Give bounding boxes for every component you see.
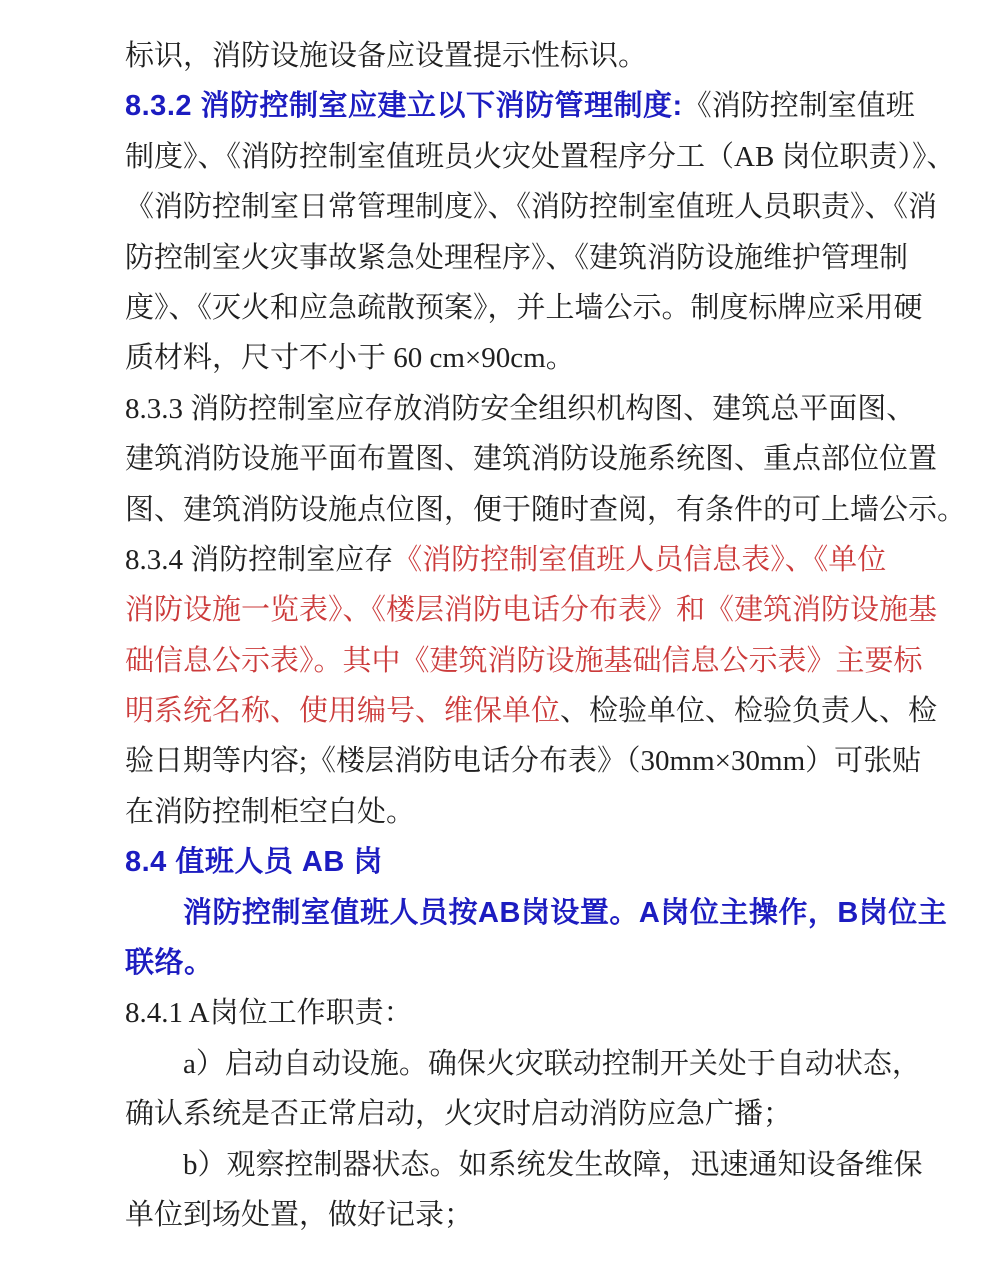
body-line: 标识，消防设施设备应设置提示性标识。 bbox=[125, 31, 884, 81]
body-line: 单位到场处置，做好记录； bbox=[125, 1190, 884, 1240]
document-body: 标识，消防设施设备应设置提示性标识。8.3.2 消防控制室应建立以下消防管理制度… bbox=[0, 0, 1000, 1240]
document-page: 标识，消防设施设备应设置提示性标识。8.3.2 消防控制室应建立以下消防管理制度… bbox=[0, 0, 1000, 1272]
body-text: 8.4.1 A岗位工作职责： bbox=[125, 997, 413, 1029]
body-line: 图、建筑消防设施点位图，便于随时查阅，有条件的可上墙公示。 bbox=[125, 485, 884, 535]
section-8-3-2-heading-line: 8.3.2 消防控制室应建立以下消防管理制度:《消防控制室值班 bbox=[125, 81, 884, 131]
body-text: 单位到场处置，做好记录； bbox=[125, 1199, 473, 1231]
heading-text: 消防控制室值班人员按AB岗设置。A岗位主操作，B岗位主 bbox=[183, 897, 947, 929]
body-line: 消防设施一览表》、《楼层消防电话分布表》和《建筑消防设施基 bbox=[125, 585, 884, 635]
highlighted-text: 《消防控制室值班人员信息表》、《单位 bbox=[393, 544, 886, 576]
heading-text: 8.4 值班人员 AB 岗 bbox=[125, 846, 383, 878]
body-line: 《消防控制室日常管理制度》、《消防控制室值班人员职责》、《消 bbox=[125, 182, 884, 232]
body-text: 验日期等内容;《楼层消防电话分布表》（30mm×30mm）可张贴 bbox=[125, 745, 921, 777]
section-8-4-body-line: 消防控制室值班人员按AB岗设置。A岗位主操作，B岗位主 bbox=[125, 888, 884, 938]
body-text: 8.3.4 消防控制室应存 bbox=[125, 544, 393, 576]
body-text: a）启动自动设施。确保火灾联动控制开关处于自动状态， bbox=[183, 1048, 921, 1080]
list-item-a-line: a）启动自动设施。确保火灾联动控制开关处于自动状态， bbox=[125, 1039, 884, 1089]
section-8-3-4-heading-line: 8.3.4 消防控制室应存《消防控制室值班人员信息表》、《单位 bbox=[125, 535, 884, 585]
heading-text: 8.3.2 消防控制室应建立以下消防管理制度: bbox=[125, 90, 683, 122]
body-line: 防控制室火灾事故紧急处理程序》、《建筑消防设施维护管理制 bbox=[125, 233, 884, 283]
body-line: 确认系统是否正常启动，火灾时启动消防应急广播； bbox=[125, 1089, 884, 1139]
body-line: 在消防控制柜空白处。 bbox=[125, 787, 884, 837]
body-line: 验日期等内容;《楼层消防电话分布表》（30mm×30mm）可张贴 bbox=[125, 736, 884, 786]
section-8-3-3-heading-line: 8.3.3 消防控制室应存放消防安全组织机构图、建筑总平面图、 bbox=[125, 384, 884, 434]
body-line: 质材料，尺寸不小于 60 cm×90cm。 bbox=[125, 333, 884, 383]
heading-text: 联络。 bbox=[125, 947, 214, 979]
body-text: 制度》、《消防控制室值班员火灾处置程序分工（AB 岗位职责）》、 bbox=[125, 141, 956, 173]
body-text: 建筑消防设施平面布置图、建筑消防设施系统图、重点部位位置 bbox=[125, 443, 937, 475]
body-text: 在消防控制柜空白处。 bbox=[125, 796, 415, 828]
body-text: 确认系统是否正常启动，火灾时启动消防应急广播； bbox=[125, 1098, 792, 1130]
section-8-4-body-line: 联络。 bbox=[125, 938, 884, 988]
body-text: 图、建筑消防设施点位图，便于随时查阅，有条件的可上墙公示。 bbox=[125, 494, 966, 526]
body-text: 质材料，尺寸不小于 60 cm×90cm。 bbox=[125, 342, 575, 374]
highlighted-text: 消防设施一览表》、《楼层消防电话分布表》和《建筑消防设施基 bbox=[125, 594, 937, 626]
body-line: 础信息公示表》。其中《建筑消防设施基础信息公示表》主要标 bbox=[125, 636, 884, 686]
section-8-4-heading-line: 8.4 值班人员 AB 岗 bbox=[125, 837, 884, 887]
body-text: 《消防控制室日常管理制度》、《消防控制室值班人员职责》、《消 bbox=[125, 191, 937, 223]
section-8-4-1-heading-line: 8.4.1 A岗位工作职责： bbox=[125, 988, 884, 1038]
body-text: 标识，消防设施设备应设置提示性标识。 bbox=[125, 40, 647, 72]
body-text: 、检验单位、检验负责人、检 bbox=[560, 695, 937, 727]
list-item-b-line: b）观察控制器状态。如系统发生故障，迅速通知设备维保 bbox=[125, 1140, 884, 1190]
body-line: 明系统名称、使用编号、维保单位、检验单位、检验负责人、检 bbox=[125, 686, 884, 736]
body-line: 制度》、《消防控制室值班员火灾处置程序分工（AB 岗位职责）》、 bbox=[125, 132, 884, 182]
body-text: 防控制室火灾事故紧急处理程序》、《建筑消防设施维护管理制 bbox=[125, 242, 908, 274]
body-text: b）观察控制器状态。如系统发生故障，迅速通知设备维保 bbox=[183, 1149, 923, 1181]
body-text: 度》、《灭火和应急疏散预案》，并上墙公示。制度标牌应采用硬 bbox=[125, 292, 923, 324]
body-text: 《消防控制室值班 bbox=[683, 90, 915, 122]
highlighted-text: 础信息公示表》。其中《建筑消防设施基础信息公示表》主要标 bbox=[125, 645, 923, 677]
body-line: 度》、《灭火和应急疏散预案》，并上墙公示。制度标牌应采用硬 bbox=[125, 283, 884, 333]
body-text: 8.3.3 消防控制室应存放消防安全组织机构图、建筑总平面图、 bbox=[125, 393, 915, 425]
highlighted-text: 明系统名称、使用编号、维保单位 bbox=[125, 695, 560, 727]
body-line: 建筑消防设施平面布置图、建筑消防设施系统图、重点部位位置 bbox=[125, 434, 884, 484]
